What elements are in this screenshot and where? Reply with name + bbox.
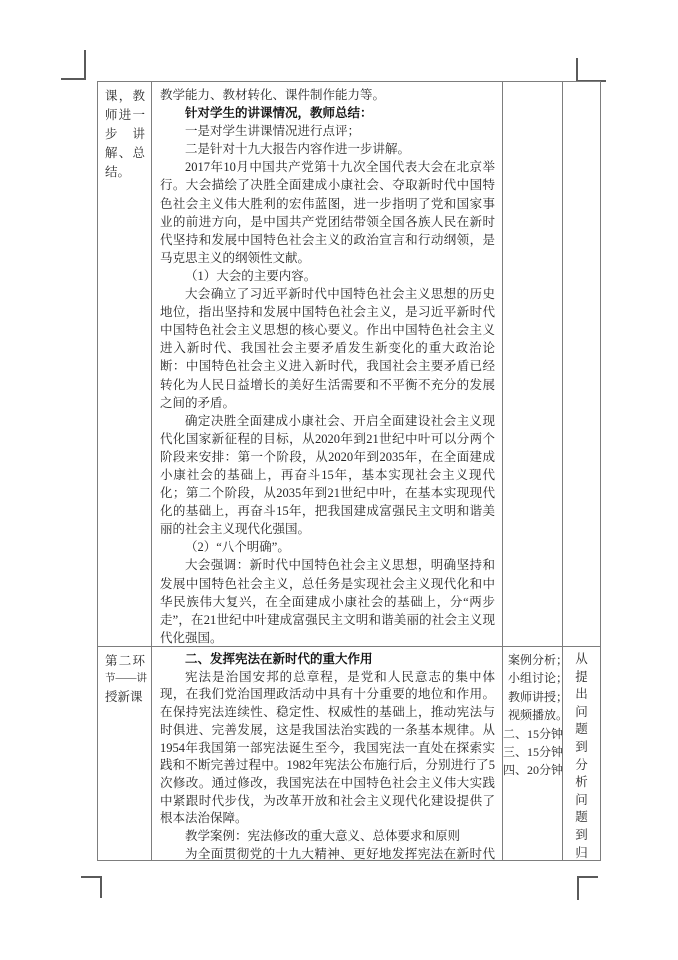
phase-label-line: 课，教 <box>105 87 145 106</box>
content-paragraph: 教学能力、教材转化、课件制作能力等。 <box>160 86 495 104</box>
crop-mark-top-right-vertical <box>576 58 578 81</box>
phase-label-line: 步讲 <box>105 125 145 144</box>
content-heading: 二、发挥宪法在新时代的重大作用 <box>160 651 495 669</box>
content-paragraph: 大会确立了习近平新时代中国特色社会主义思想的历史地位，指出坚持和发展中国特色社会… <box>160 285 495 412</box>
method-item: 小组讨论； <box>503 669 562 687</box>
content-paragraph: 宪法是治国安邦的总章程，是党和人民意志的集中体现，在我们党治国理政活动中具有十分… <box>160 669 495 828</box>
content-paragraph: 2017年10月中国共产党第十九次全国代表大会在北京举行。大会描绘了决胜全面建成… <box>160 158 495 267</box>
content-paragraph: 大会强调：新时代中国特色社会主义思想，明确坚持和发展中国特色社会主义，总任务是实… <box>160 556 495 646</box>
methods-time-list: 案例分析； 小组讨论； 教师讲授； 视频播放。 二、15分钟 三、15分钟 四、… <box>503 647 562 780</box>
phase-label-line: 节——讲 <box>105 670 145 688</box>
lesson-content-cell: 二、发挥宪法在新时代的重大作用 宪法是治国安邦的总章程，是党和人民意志的集中体现… <box>152 647 503 860</box>
process-note-cell: 从提出问题到分析问题到归 <box>563 647 600 860</box>
phase-label: 第二环 节——讲 授新课 <box>98 647 151 706</box>
table-row: 第二环 节——讲 授新课 二、发挥宪法在新时代的重大作用 宪法是治国安邦的总章程… <box>98 647 600 860</box>
lesson-content: 教学能力、教材转化、课件制作能力等。 针对学生的讲课情况，教师总结： 一是对学生… <box>152 82 502 646</box>
lesson-content-cell: 教学能力、教材转化、课件制作能力等。 针对学生的讲课情况，教师总结： 一是对学生… <box>152 82 503 646</box>
crop-mark-top-left-vertical <box>84 50 86 80</box>
content-paragraph: 教学案例：宪法修改的重大意义、总体要求和原则 <box>160 828 495 846</box>
methods-time-cell-empty <box>503 82 563 646</box>
phase-label-line: 师进一 <box>105 106 145 125</box>
phase-label-cell: 课，教 师进一 步讲 解、总 结。 <box>98 82 152 646</box>
lesson-plan-table: 课，教 师进一 步讲 解、总 结。 教学能力、教材转化、课件制作能力等。 针对学… <box>97 81 601 861</box>
time-item: 三、15分钟 <box>503 743 562 761</box>
phase-label: 课，教 师进一 步讲 解、总 结。 <box>98 82 151 182</box>
crop-mark-bottom-left-vertical <box>100 876 102 898</box>
content-heading: 针对学生的讲课情况，教师总结： <box>160 104 495 122</box>
content-paragraph: （1）大会的主要内容。 <box>160 267 495 285</box>
content-paragraph: 二是针对十九大报告内容作进一步讲解。 <box>160 140 495 158</box>
process-note-vertical-text: 从提出问题到分析问题到归 <box>575 651 589 860</box>
phase-label-line: 结。 <box>105 163 145 182</box>
time-item: 四、20分钟 <box>503 761 562 779</box>
content-paragraph: 为全面贯彻党的十九大精神、更好地发挥宪法在新时代坚持和发展中国特色社会主义中的重… <box>160 846 495 860</box>
content-paragraph: 一是对学生讲课情况进行点评； <box>160 122 495 140</box>
crop-mark-top-left-horizontal <box>61 78 85 80</box>
methods-time-cell: 案例分析； 小组讨论； 教师讲授； 视频播放。 二、15分钟 三、15分钟 四、… <box>503 647 563 860</box>
process-note-cell-empty <box>563 82 600 646</box>
table-row: 课，教 师进一 步讲 解、总 结。 教学能力、教材转化、课件制作能力等。 针对学… <box>98 82 600 647</box>
content-paragraph: 确定决胜全面建成小康社会、开启全面建设社会主义现代化国家新征程的目标，从2020… <box>160 412 495 539</box>
crop-mark-bottom-right-vertical <box>577 876 579 900</box>
content-paragraph: （2）“八个明确”。 <box>160 538 495 556</box>
document-page: 课，教 师进一 步讲 解、总 结。 教学能力、教材转化、课件制作能力等。 针对学… <box>0 0 678 960</box>
crop-mark-bottom-left-horizontal <box>81 876 102 878</box>
crop-mark-bottom-right-horizontal <box>577 876 598 878</box>
method-item: 教师讲授； <box>503 688 562 706</box>
phase-label-line: 解、总 <box>105 144 145 163</box>
time-item: 二、15分钟 <box>503 725 562 743</box>
phase-label-cell: 第二环 节——讲 授新课 <box>98 647 152 860</box>
lesson-content: 二、发挥宪法在新时代的重大作用 宪法是治国安邦的总章程，是党和人民意志的集中体现… <box>152 647 502 860</box>
phase-label-line: 第二环 <box>105 652 145 670</box>
phase-label-line: 授新课 <box>105 688 145 706</box>
method-item: 视频播放。 <box>503 706 562 724</box>
method-item: 案例分析； <box>503 651 562 669</box>
